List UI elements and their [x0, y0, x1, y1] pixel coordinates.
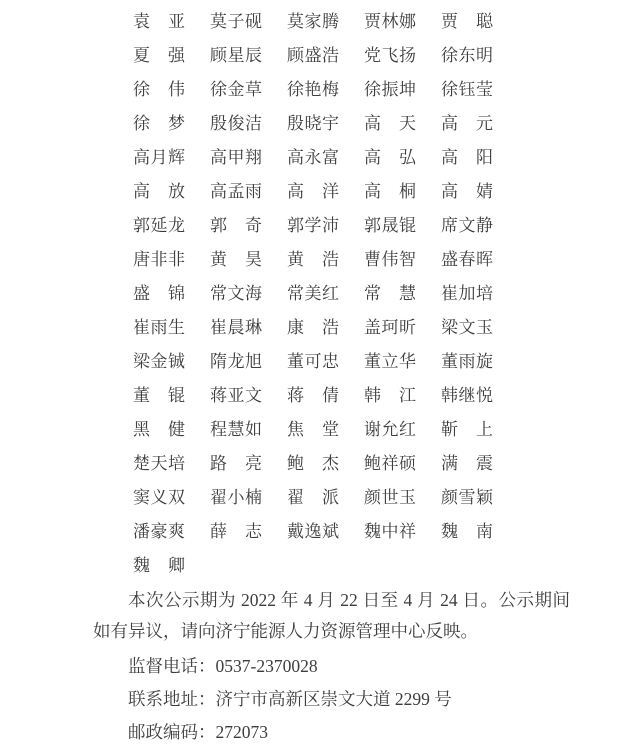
name-cell: 崔晨琳: [210, 311, 263, 345]
name-cell: 高 元: [441, 107, 494, 141]
name-cell: 徐东明: [441, 39, 494, 73]
notice-section: 本次公示期为 2022 年 4 月 22 日至 4 月 24 日。公示期间如有异…: [93, 585, 570, 748]
name-list: 袁 亚莫子砚莫家腾贾林娜贾 聪夏 强顾星辰顾盛浩党飞扬徐东明徐 伟徐金草徐艳梅徐…: [133, 5, 518, 583]
name-row: 袁 亚莫子砚莫家腾贾林娜贾 聪: [133, 5, 518, 39]
name-cell: 程慧如: [210, 413, 263, 447]
name-row: 董 锟蒋亚文蒋 倩韩 江韩继悦: [133, 379, 518, 413]
name-cell: 高月辉: [133, 141, 186, 175]
name-cell: 郭学沛: [287, 209, 340, 243]
name-cell: 薛 志: [210, 515, 263, 549]
name-cell: 魏 南: [441, 515, 494, 549]
contact-info: 监督电话：0537-2370028 联系地址：济宁市高新区崇文大道 2299 号…: [93, 650, 570, 748]
name-cell: 高 放: [133, 175, 186, 209]
name-cell: 崔加培: [441, 277, 494, 311]
name-cell: 翟小楠: [210, 481, 263, 515]
name-cell: 高孟雨: [210, 175, 263, 209]
name-cell: 鲍 杰: [287, 447, 340, 481]
name-cell: 郭 奇: [210, 209, 263, 243]
name-cell: 靳 上: [441, 413, 494, 447]
name-cell: 郭延龙: [133, 209, 186, 243]
name-cell: 高 洋: [287, 175, 340, 209]
name-cell: 曹伟智: [364, 243, 417, 277]
name-cell: 戴逸斌: [287, 515, 340, 549]
name-cell: 盖珂昕: [364, 311, 417, 345]
name-cell: 徐 伟: [133, 73, 186, 107]
name-cell: 魏 卿: [133, 549, 186, 583]
name-cell: 高 婧: [441, 175, 494, 209]
name-cell: 常美红: [287, 277, 340, 311]
name-row: 魏 卿: [133, 549, 518, 583]
name-cell: 高 弘: [364, 141, 417, 175]
contact-line-postal: 邮政编码：272073: [93, 716, 570, 748]
name-cell: 满 震: [441, 447, 494, 481]
name-cell: 常文海: [210, 277, 263, 311]
name-cell: 窦义双: [133, 481, 186, 515]
name-row: 高 放高孟雨高 洋高 桐高 婧: [133, 175, 518, 209]
name-row: 唐非非黄 昊黄 浩曹伟智盛春晖: [133, 243, 518, 277]
name-cell: 蒋亚文: [210, 379, 263, 413]
name-row: 黑 健程慧如焦 堂谢允红靳 上: [133, 413, 518, 447]
name-cell: 顾盛浩: [287, 39, 340, 73]
name-cell: 梁金铖: [133, 345, 186, 379]
name-cell: 徐艳梅: [287, 73, 340, 107]
name-cell: 盛 锦: [133, 277, 186, 311]
name-cell: 黄 浩: [287, 243, 340, 277]
name-cell: 董立华: [364, 345, 417, 379]
name-row: 高月辉高甲翔高永富高 弘高 阳: [133, 141, 518, 175]
name-row: 盛 锦常文海常美红常 慧崔加培: [133, 277, 518, 311]
name-row: 徐 梦殷俊洁殷晓宇高 天高 元: [133, 107, 518, 141]
name-cell: 莫子砚: [210, 5, 263, 39]
name-cell: 颜世玉: [364, 481, 417, 515]
name-cell: 徐 梦: [133, 107, 186, 141]
name-cell: 崔雨生: [133, 311, 186, 345]
name-row: 潘豪爽薛 志戴逸斌魏中祥魏 南: [133, 515, 518, 549]
name-cell: 黑 健: [133, 413, 186, 447]
name-cell: 楚天培: [133, 447, 186, 481]
name-cell: 鲍祥硕: [364, 447, 417, 481]
name-row: 楚天培路 亮鲍 杰鲍祥硕满 震: [133, 447, 518, 481]
name-cell: 康 浩: [287, 311, 340, 345]
name-cell: 徐金草: [210, 73, 263, 107]
name-cell: 谢允红: [364, 413, 417, 447]
name-cell: 韩继悦: [441, 379, 494, 413]
name-cell: 顾星辰: [210, 39, 263, 73]
name-cell: 席文静: [441, 209, 494, 243]
name-cell: 郭晟锟: [364, 209, 417, 243]
name-cell: 路 亮: [210, 447, 263, 481]
name-cell: 潘豪爽: [133, 515, 186, 549]
name-cell: 隋龙旭: [210, 345, 263, 379]
name-cell: 莫家腾: [287, 5, 340, 39]
name-cell: 韩 江: [364, 379, 417, 413]
name-cell: 常 慧: [364, 277, 417, 311]
name-row: 窦义双翟小楠翟 派颜世玉颜雪颖: [133, 481, 518, 515]
name-cell: 唐非非: [133, 243, 186, 277]
name-cell: 高永富: [287, 141, 340, 175]
name-cell: 梁文玉: [441, 311, 494, 345]
name-cell: 董 锟: [133, 379, 186, 413]
name-cell: 高甲翔: [210, 141, 263, 175]
name-cell: 蒋 倩: [287, 379, 340, 413]
name-cell: 董雨旋: [441, 345, 494, 379]
name-cell: 徐振坤: [364, 73, 417, 107]
name-cell: 盛春晖: [441, 243, 494, 277]
name-cell: 颜雪颖: [441, 481, 494, 515]
name-row: 郭延龙郭 奇郭学沛郭晟锟席文静: [133, 209, 518, 243]
name-cell: 高 阳: [441, 141, 494, 175]
name-cell: 焦 堂: [287, 413, 340, 447]
name-cell: 高 天: [364, 107, 417, 141]
name-cell: 殷俊洁: [210, 107, 263, 141]
name-cell: 高 桐: [364, 175, 417, 209]
document-page: 袁 亚莫子砚莫家腾贾林娜贾 聪夏 强顾星辰顾盛浩党飞扬徐东明徐 伟徐金草徐艳梅徐…: [0, 0, 641, 748]
name-cell: 袁 亚: [133, 5, 186, 39]
name-row: 徐 伟徐金草徐艳梅徐振坤徐钰莹: [133, 73, 518, 107]
contact-line-phone: 监督电话：0537-2370028: [93, 650, 570, 683]
name-row: 夏 强顾星辰顾盛浩党飞扬徐东明: [133, 39, 518, 73]
name-cell: 夏 强: [133, 39, 186, 73]
name-cell: 董可忠: [287, 345, 340, 379]
name-cell: 翟 派: [287, 481, 340, 515]
name-cell: 魏中祥: [364, 515, 417, 549]
notice-paragraph: 本次公示期为 2022 年 4 月 22 日至 4 月 24 日。公示期间如有异…: [93, 585, 570, 647]
name-cell: 贾 聪: [441, 5, 494, 39]
name-row: 崔雨生崔晨琳康 浩盖珂昕梁文玉: [133, 311, 518, 345]
name-cell: 黄 昊: [210, 243, 263, 277]
name-row: 梁金铖隋龙旭董可忠董立华董雨旋: [133, 345, 518, 379]
name-cell: 殷晓宇: [287, 107, 340, 141]
contact-line-address: 联系地址：济宁市高新区崇文大道 2299 号: [93, 683, 570, 716]
name-cell: 党飞扬: [364, 39, 417, 73]
name-cell: 徐钰莹: [441, 73, 494, 107]
name-cell: 贾林娜: [364, 5, 417, 39]
